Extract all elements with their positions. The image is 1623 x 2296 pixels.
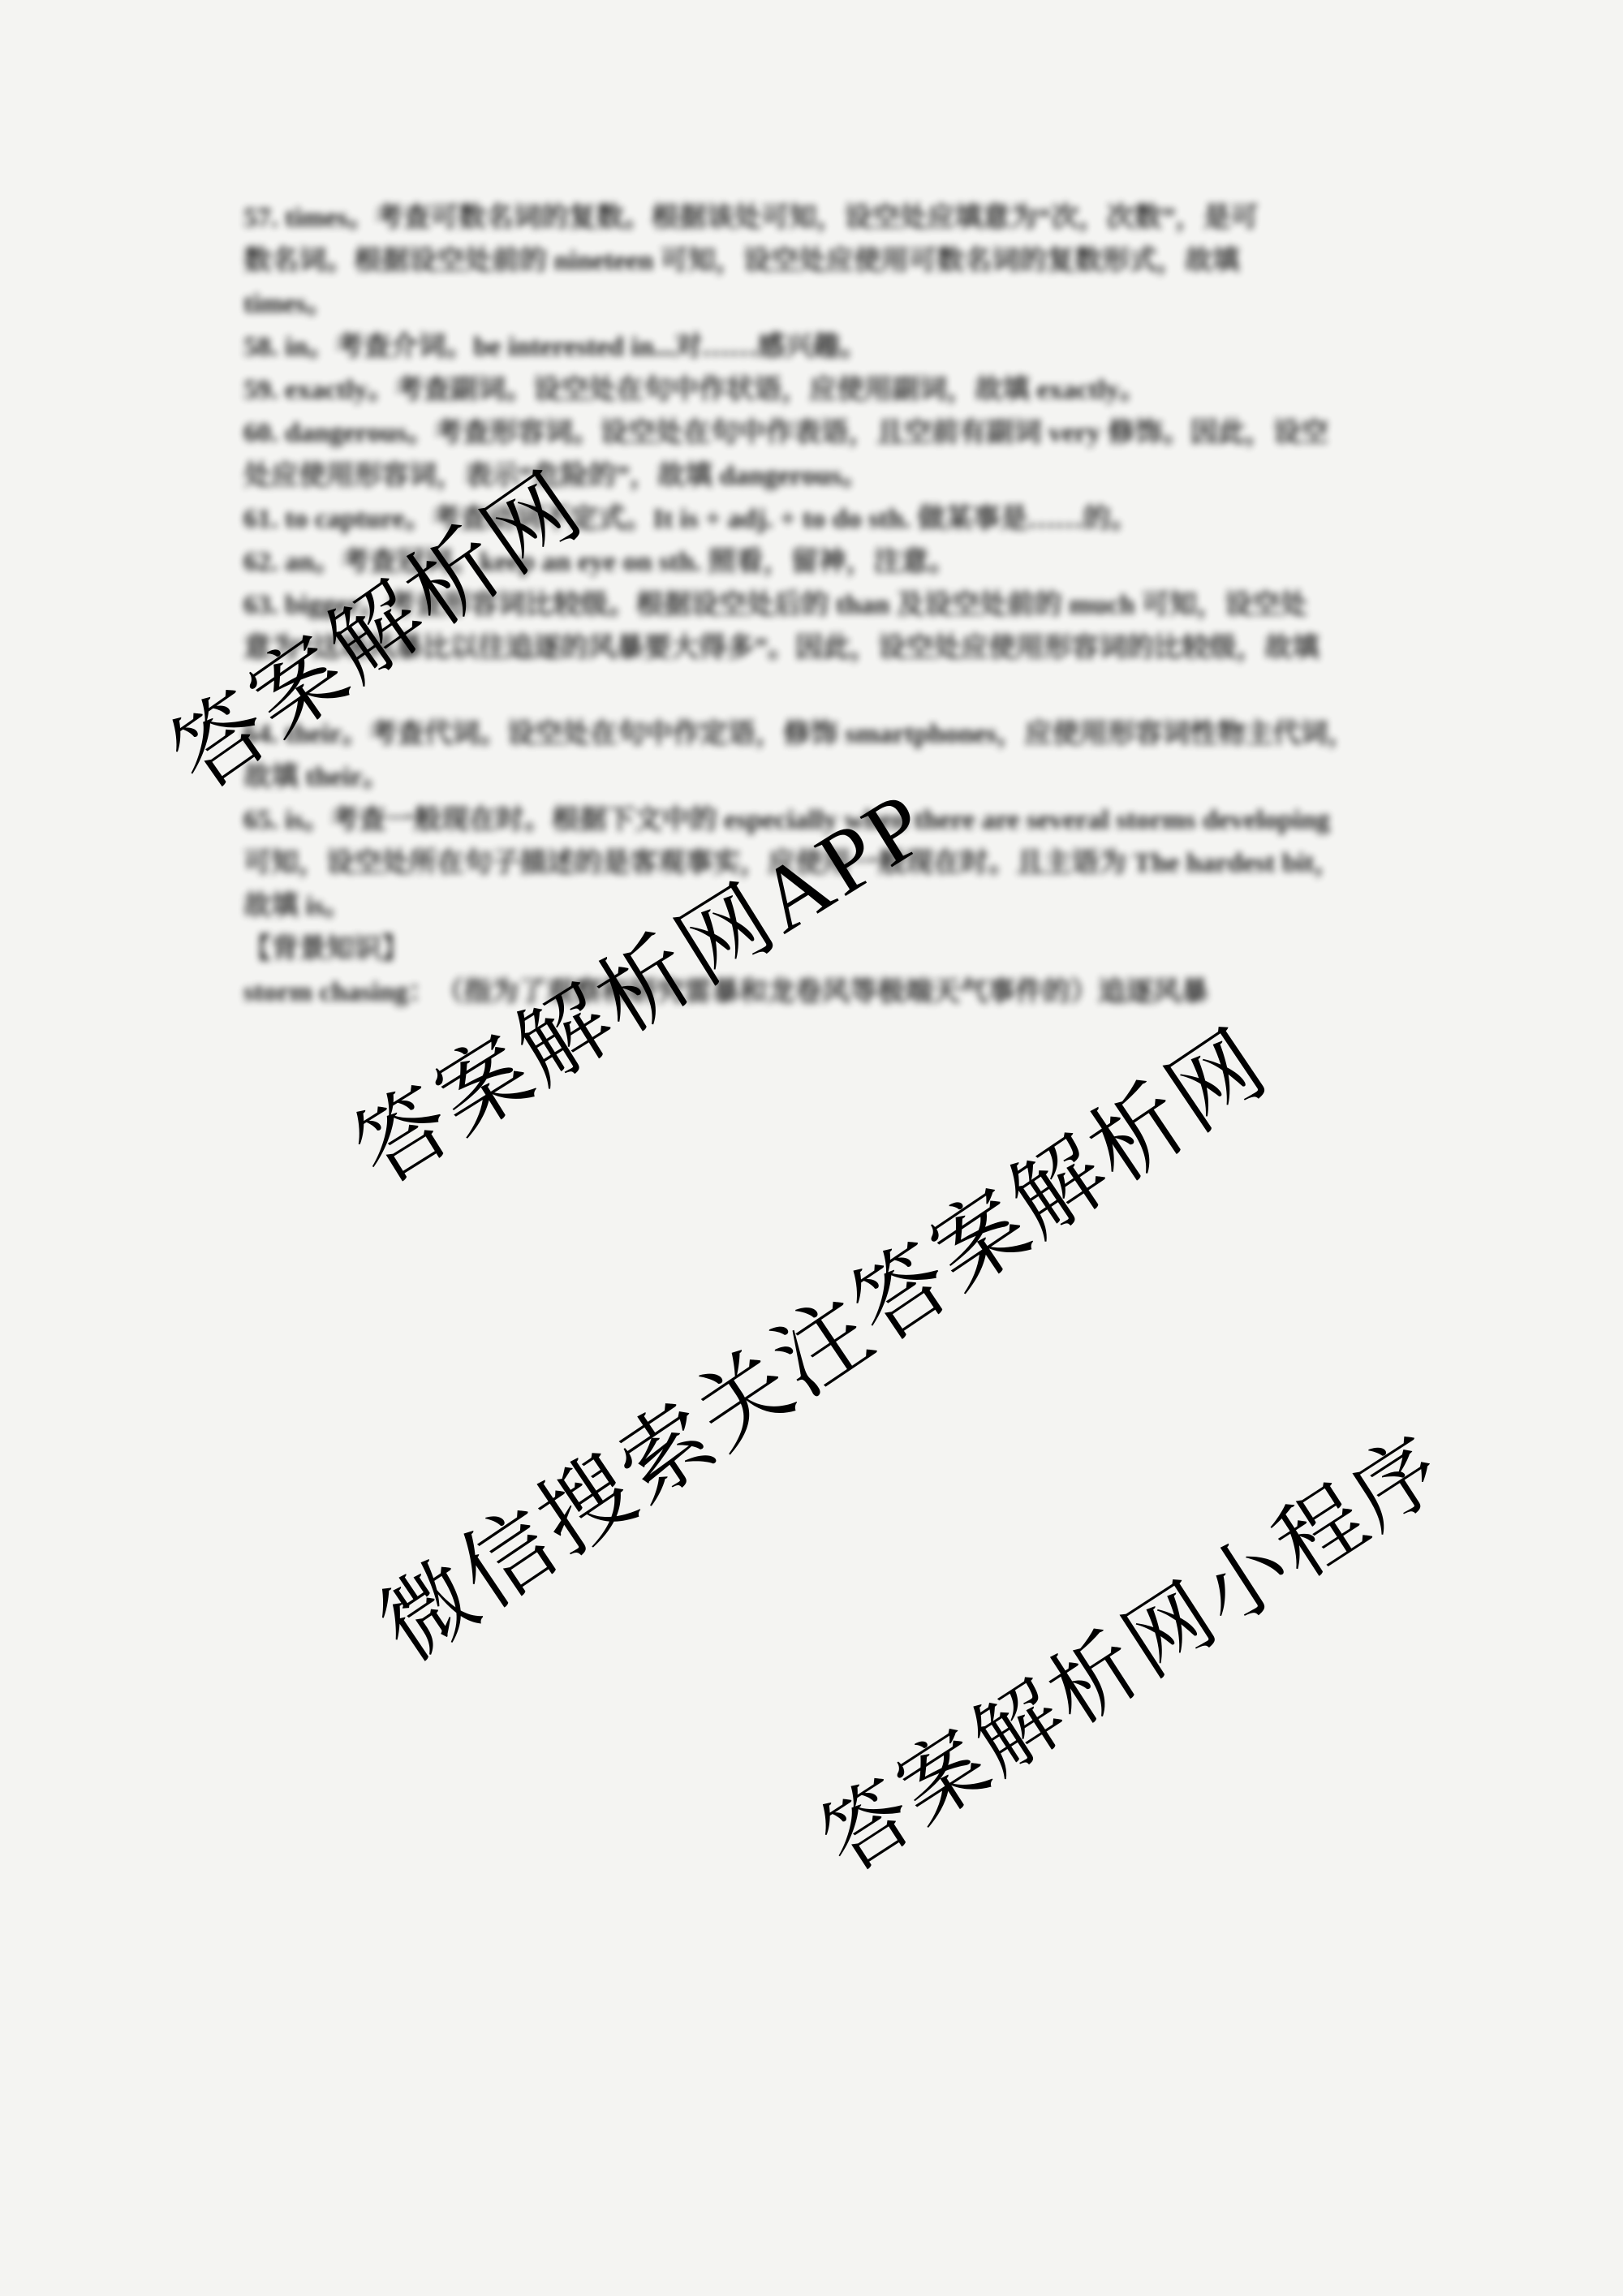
document-page: 57. times。考查可数名词的复数。根据该处可知，设空处应填意为“次，次数”… bbox=[0, 0, 1623, 2296]
text-line: 60. dangerous。考查形容词。设空处在句中作表语，且空前有副词 ver… bbox=[243, 411, 1416, 454]
text-line: times。 bbox=[243, 282, 1416, 325]
text-line: 61. to capture。考查动词不定式。It is + adj. + to… bbox=[243, 498, 1416, 541]
text-line: 意为“这场风暴比以往追逐的风暴要大得多”。因此，设空处应使用形容词的比较级，故填 bbox=[243, 627, 1416, 670]
text-line: 数名词。根据设空处前的 nineteen 可知，设空处应使用可数名词的复数形式，… bbox=[243, 239, 1416, 282]
section-heading: 【背景知识】 bbox=[243, 928, 1416, 971]
blank-line bbox=[243, 670, 1416, 713]
text-line: 故填 is。 bbox=[243, 885, 1416, 928]
text-line: 62. an。考查冠词。keep an eye on sth. 照看，留神，注意… bbox=[243, 541, 1416, 584]
answer-explanations: 57. times。考查可数名词的复数。根据该处可知，设空处应填意为“次，次数”… bbox=[243, 196, 1416, 1014]
text-line: 64. their。考查代词。设空处在句中作定语，修饰 smartphones，… bbox=[243, 713, 1416, 756]
text-line: storm chasing： （指为了观察和研究雷暴和龙卷风等极端天气事件的）追… bbox=[243, 971, 1416, 1014]
watermark-wechat-follow: 微信搜索关注答案解析网 bbox=[350, 993, 1289, 1686]
text-line: 处应使用形容词，表示“危险的”，故填 dangerous。 bbox=[243, 454, 1416, 498]
text-line: 可知，设空处所在句子描述的是客观事实，应使用一般现在时。且主语为 The har… bbox=[243, 842, 1416, 885]
text-line: 65. is。考查一般现在时。根据下文中的 especially when th… bbox=[243, 799, 1416, 842]
text-line: 58. in。考查介词。be interested in...对……感兴趣。 bbox=[243, 325, 1416, 368]
text-line: 63. bigger。考查形容词比较级。根据设空处后的 than 及设空处前的 … bbox=[243, 584, 1416, 627]
text-line: 59. exactly。考查副词。设空处在句中作状语，应使用副词，故填 exac… bbox=[243, 368, 1416, 411]
text-line: 57. times。考查可数名词的复数。根据该处可知，设空处应填意为“次，次数”… bbox=[243, 196, 1416, 239]
watermark-miniprogram: 答案解析网小程序 bbox=[794, 1399, 1466, 1895]
text-line: 故填 their。 bbox=[243, 756, 1416, 799]
